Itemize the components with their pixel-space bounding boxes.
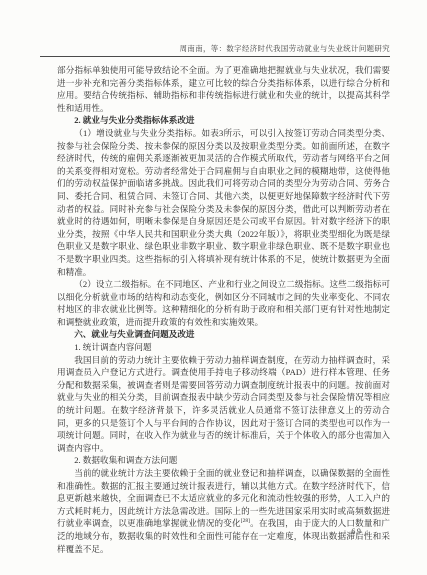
paragraph-survey-content: 我国目前的劳动力统计主要依赖于劳动力抽样调查制度，在劳动力抽样调查时，采用调查员… xyxy=(57,354,390,455)
page-body: 部分指标单独使用可能导致结论不全面。为了更准确地把握就业与失业状况，我们需要进一… xyxy=(57,64,390,555)
running-head: 周南南，等：数字经济时代我国劳动就业与失业统计问题研究 xyxy=(40,43,390,54)
citation-reference-mark: [28] xyxy=(241,519,250,525)
section-heading-six: 六、就业与失业调查问题及改进 xyxy=(57,328,390,341)
subsection-heading-survey-content: 1. 统计调查内容问题 xyxy=(57,341,390,354)
subsection-heading-data-collection: 2. 数据收集和调查方法问题 xyxy=(57,454,390,467)
subsection-heading-classification: 2. 就业与失业分类指标体系改进 xyxy=(57,114,390,127)
paragraph-intro-continuation: 部分指标单独使用可能导致结论不全面。为了更准确地把握就业与失业状况，我们需要进一… xyxy=(57,64,390,114)
paper-page: 周南南，等：数字经济时代我国劳动就业与失业统计问题研究 部分指标单独使用可能导致… xyxy=(0,0,427,575)
paragraph-add-indicators: （1）增设就业与失业分类指标。如表3所示，可以引入按签订劳动合同类型分类、按参与… xyxy=(57,127,390,278)
paragraph-data-collection: 当前的就业统计方法主要依赖于全面的就业登记和抽样调查，以确保数据的全面性和准确性… xyxy=(57,467,390,555)
page-number: · 69 · xyxy=(0,527,370,536)
header-rule xyxy=(40,56,390,57)
paragraph-secondary-indicators: （2）设立二级指标。在不同地区、产业和行业之间设立二级指标。这些二级指标可以细化… xyxy=(57,278,390,328)
